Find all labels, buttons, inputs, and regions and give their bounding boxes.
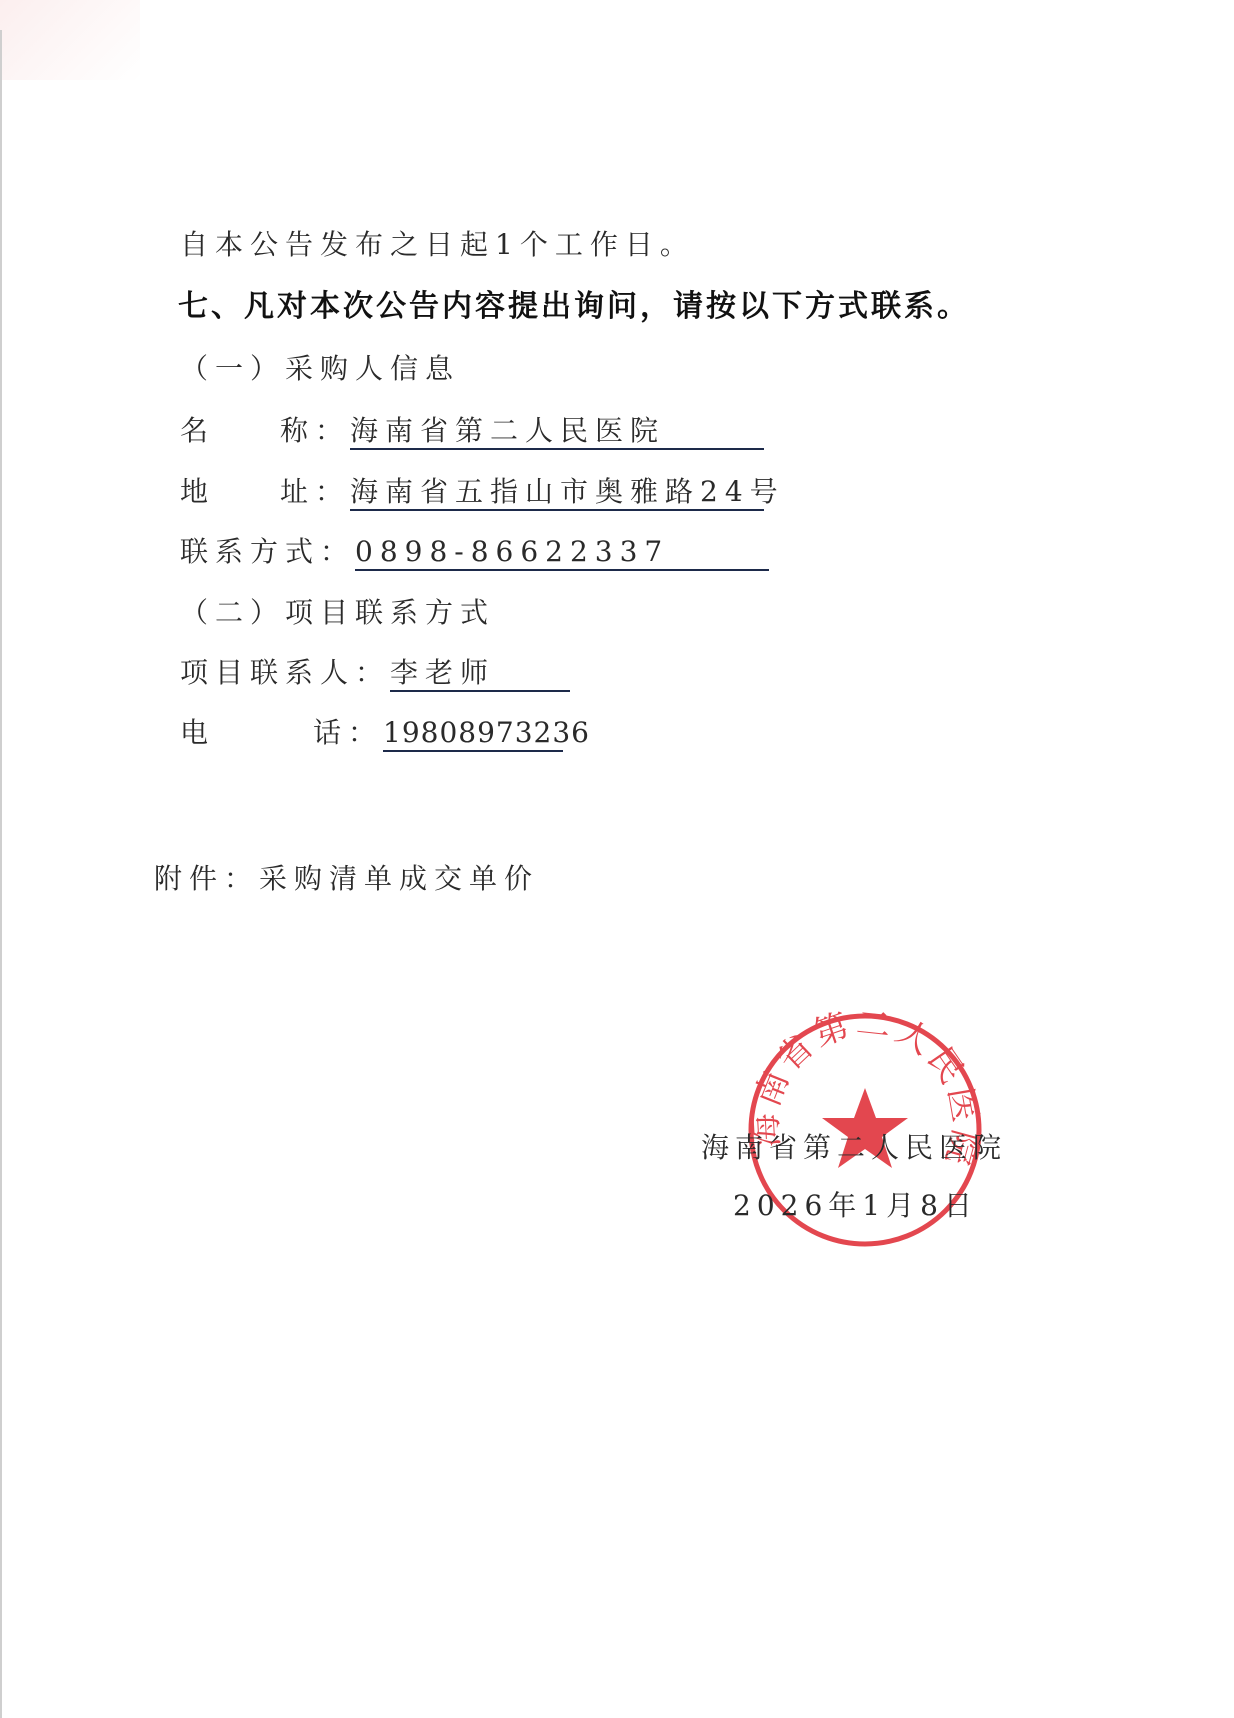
address-label-second: 址：: [280, 475, 350, 509]
project-phone-value: 19808973236: [383, 718, 563, 752]
project-person-row: 项目联系人：李老师: [180, 656, 570, 692]
phone-label-second: 话：: [313, 716, 383, 750]
signature-organization: 海南省第二人民医院: [701, 1126, 1007, 1166]
signature-date: 2026年1月8日: [733, 1184, 978, 1224]
project-person-label: 项目联系人：: [180, 656, 390, 690]
name-label-first: 名: [180, 414, 280, 448]
purchaser-contact-row: 联系方式：0898-86622337: [180, 535, 769, 571]
contact-label: 联系方式：: [180, 535, 355, 569]
attachment-line: 附件：采购清单成交单价: [154, 862, 539, 896]
document-page: 自本公告发布之日起1个工作日。 七、凡对本次公告内容提出询问，请按以下方式联系。…: [0, 0, 1234, 1718]
project-heading: （二）项目联系方式: [180, 596, 495, 630]
purchaser-name-value: 海南省第二人民医院: [350, 416, 764, 450]
purchaser-address-row: 地址：海南省五指山市奥雅路24号: [180, 475, 764, 511]
purchaser-contact-value: 0898-86622337: [355, 537, 769, 571]
intro-line: 自本公告发布之日起1个工作日。: [180, 228, 695, 262]
purchaser-heading: （一）采购人信息: [180, 352, 460, 386]
purchaser-name-row: 名称：海南省第二人民医院: [180, 414, 764, 450]
address-label-first: 地: [180, 475, 280, 509]
section-seven-heading: 七、凡对本次公告内容提出询问，请按以下方式联系。: [178, 290, 970, 324]
project-phone-row: 电话：19808973236: [180, 716, 563, 752]
purchaser-address-value: 海南省五指山市奥雅路24号: [350, 477, 764, 511]
project-person-value: 李老师: [390, 658, 570, 692]
name-label-second: 称：: [280, 414, 350, 448]
scan-edge: [0, 30, 2, 1718]
scan-artifact: [0, 0, 140, 80]
phone-label-first: 电: [180, 716, 313, 750]
